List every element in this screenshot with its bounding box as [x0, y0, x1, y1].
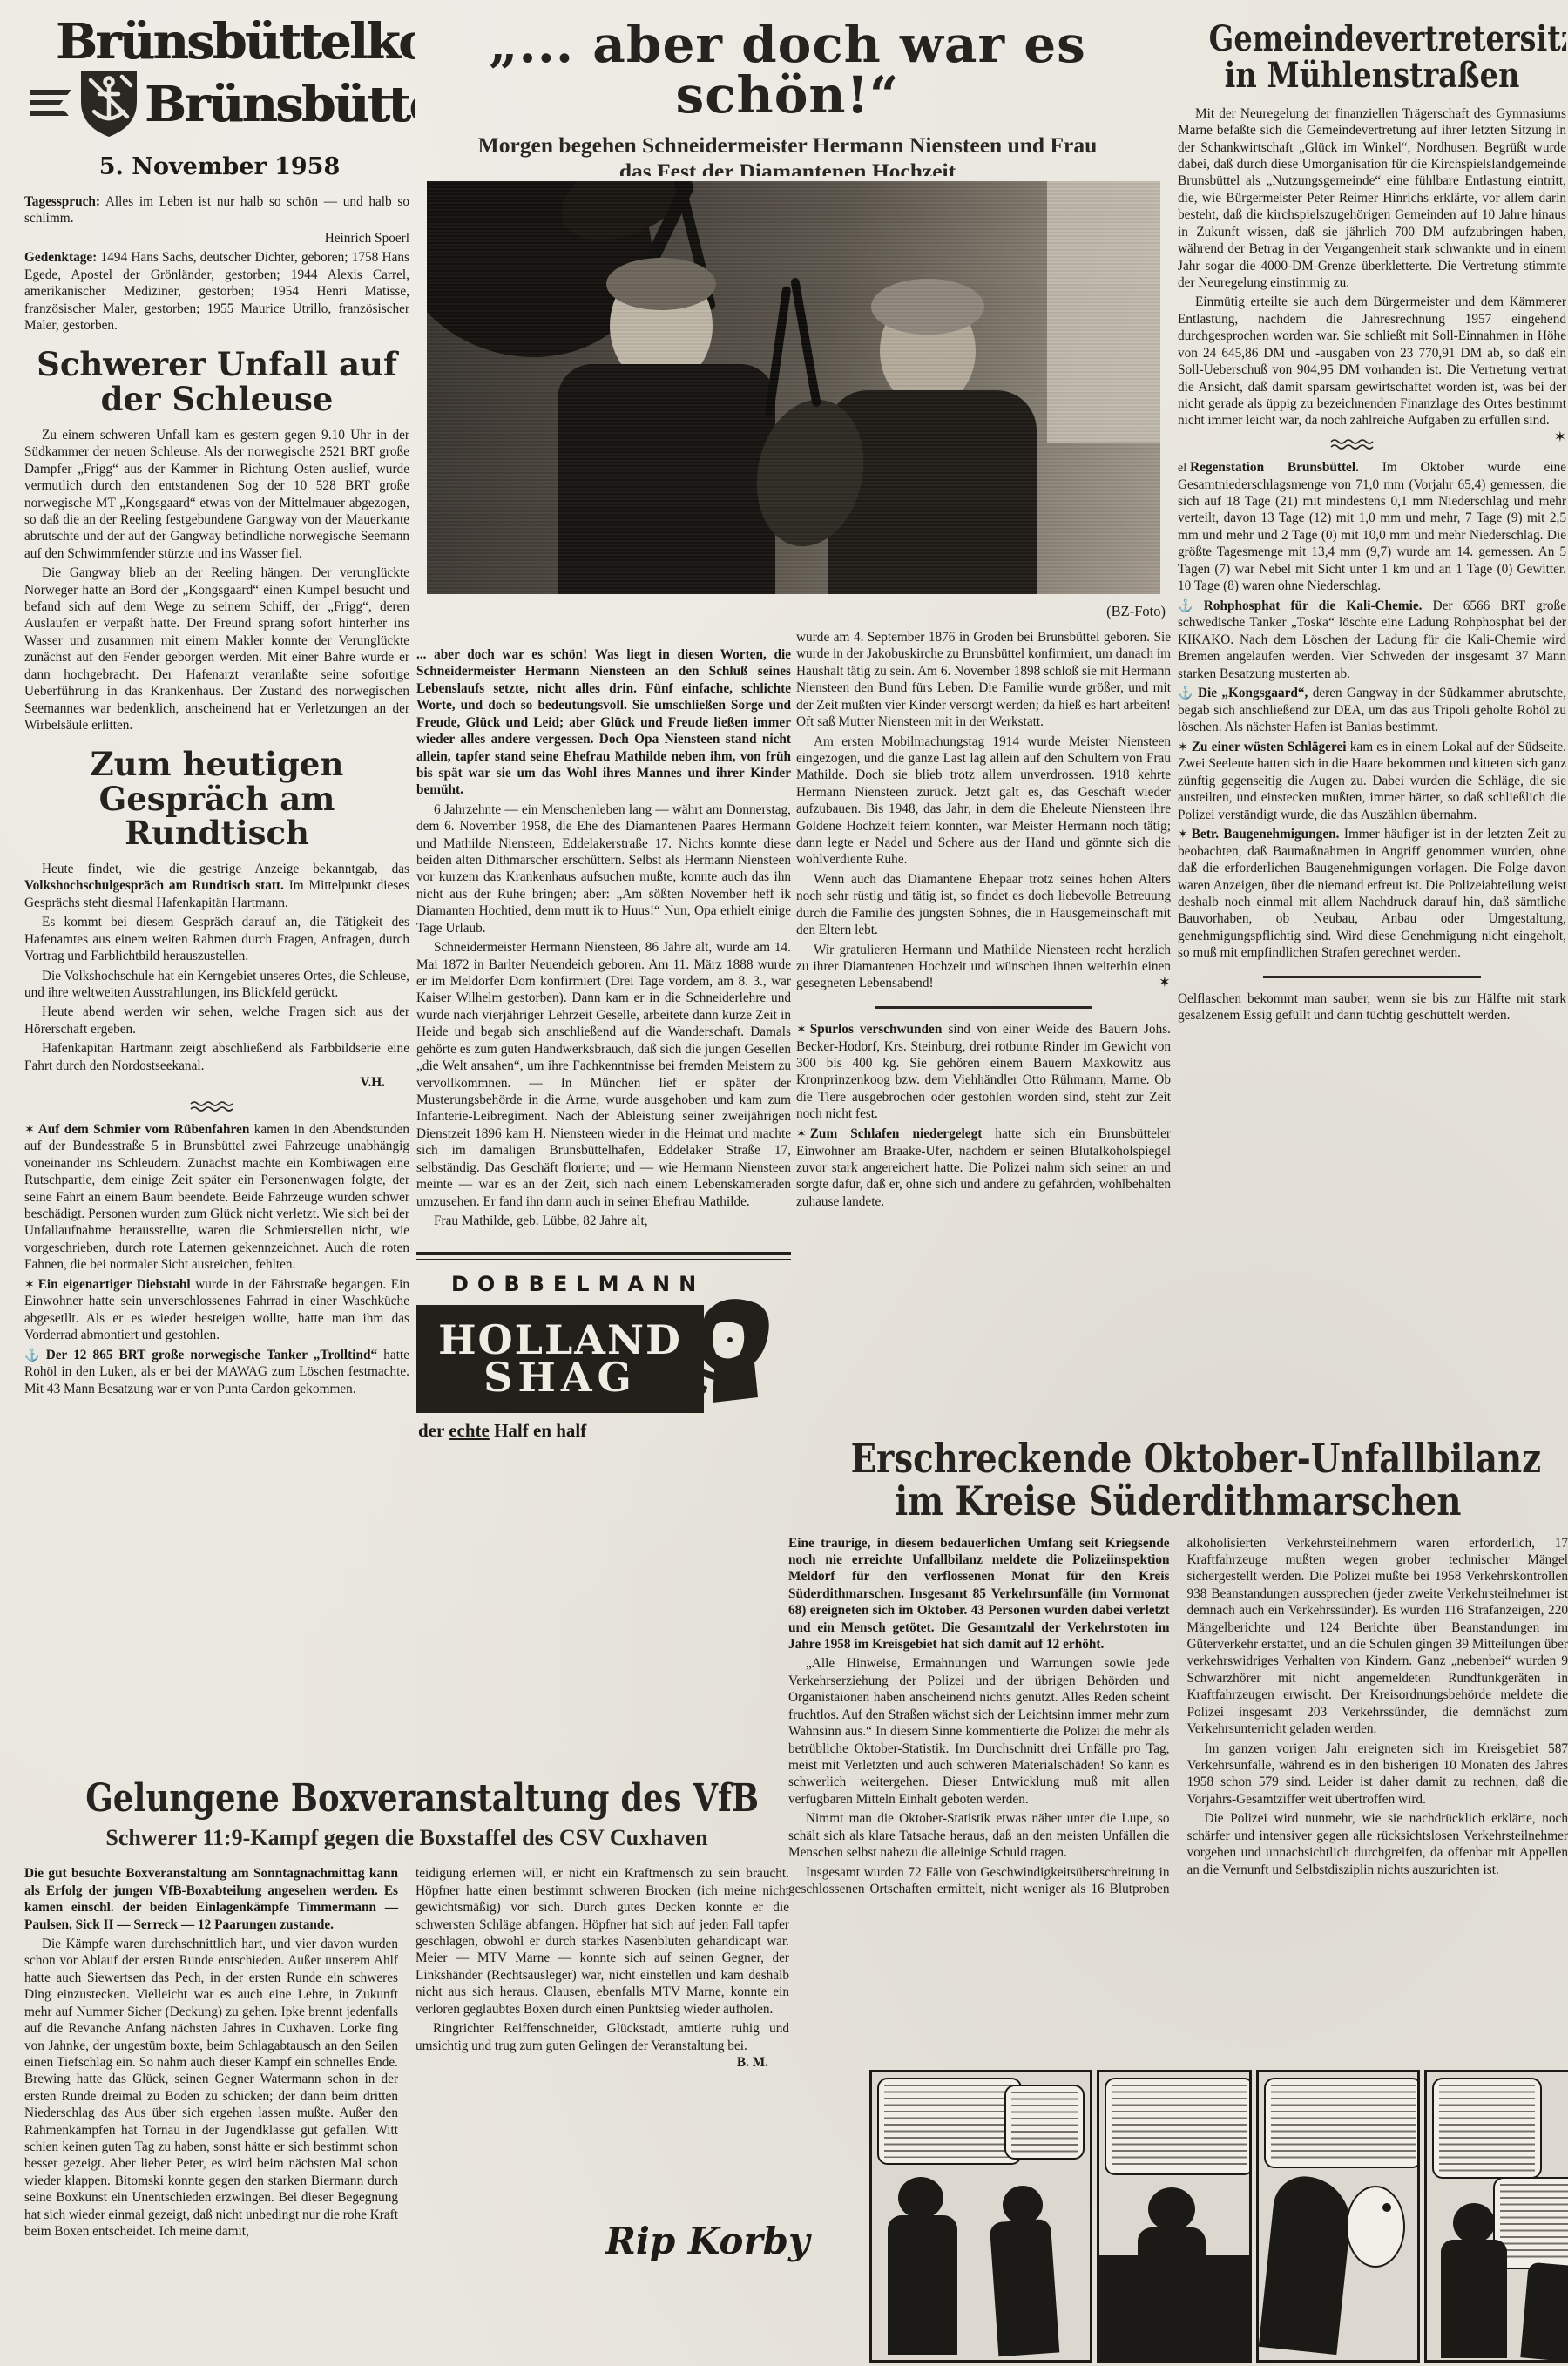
article-paragraph: Die Gangway blieb an der Reeling hängen.…	[24, 564, 409, 733]
article-paragraph: ... aber doch war es schön! Was liegt in…	[416, 646, 791, 799]
article-paragraph: Eine traurige, in diesem bedauerlichen U…	[788, 1535, 1170, 1653]
star-icon: ✶	[796, 1128, 810, 1141]
star-icon: ✶	[1178, 828, 1192, 842]
wedding-couple-photo	[427, 181, 1160, 594]
end-star-icon: ✶	[1141, 975, 1171, 990]
author-initials: V.H.	[24, 1074, 409, 1091]
article-paragraph: Nimmt man die Oktober-Statistik etwas nä…	[788, 1810, 1170, 1861]
article-paragraph: Wenn auch das Diamantene Ehepaar trotz s…	[796, 871, 1171, 939]
section-divider	[1263, 976, 1481, 978]
column-4: Gemeindevertretersitzung in Mühlenstraße…	[1178, 21, 1566, 1516]
article-paragraph: Die Polizei wird nunmehr, wie sie nachdr…	[1187, 1810, 1568, 1878]
article-paragraph: Am ersten Mobilmachungstag 1914 wurde Me…	[796, 733, 1171, 869]
tobacco-advertisement[interactable]: DOBBELMANN HOLLAND SHAG der echte Half e…	[416, 1252, 791, 1457]
column-3: (BZ-Foto) wurde am 4. September 1876 in …	[796, 601, 1171, 1430]
headline-boxveranstaltung: Gelungene Boxveranstaltung des VfB	[24, 1779, 789, 1820]
anchor-crest-icon	[77, 68, 141, 141]
newspaper-page: Brünsbüttelkoog Brünsbüttel 5. November …	[0, 0, 1568, 2366]
box-col-left: Die gut besuchte Boxveranstaltung am Son…	[24, 1865, 398, 2242]
end-star-icon: ✶	[1537, 429, 1566, 444]
article-paragraph: Im ganzen vorigen Jahr ereigneten sich i…	[1187, 1741, 1568, 1808]
article-paragraph: Heute findet, wie die gestrige Anzeige b…	[24, 861, 409, 911]
article-paragraph: Mit der Neuregelung der finanziellen Trä…	[1178, 105, 1566, 292]
photo-caption: (BZ-Foto)	[796, 603, 1166, 620]
article-paragraph: teidigung erlernen will, er nicht ein Kr…	[416, 1865, 789, 2018]
correspondent-mark: el	[1178, 462, 1190, 475]
author-initials: B. M.	[720, 2054, 789, 2071]
article-paragraph: Frau Mathilde, geb. Lübbe, 82 Jahre alt,	[416, 1213, 791, 1229]
news-brief: ✶Spurlos verschwunden sind von einer Wei…	[796, 1021, 1171, 1123]
article-paragraph: Zu einem schweren Unfall kam es gestern …	[24, 427, 409, 562]
column-2: ... aber doch war es schön! Was liegt in…	[416, 646, 791, 1631]
column-1: Tagesspruch: Alles im Leben ist nur halb…	[24, 193, 409, 1761]
headline-unfallbilanz: Erschreckende Oktober-Unfallbilanz im Kr…	[788, 1437, 1568, 1523]
news-brief: ⚓Rohphosphat für die Kali-Chemie. Der 65…	[1178, 598, 1566, 682]
article-paragraph: Schneidermeister Hermann Niensteen, 86 J…	[416, 939, 791, 1210]
article-paragraph: „Alle Hinweise, Ermahnungen und Warnunge…	[788, 1655, 1170, 1808]
ad-product-name: HOLLAND SHAG	[416, 1305, 704, 1413]
headline-rundtisch: Zum heutigen Gespräch am Rundtisch	[24, 747, 409, 850]
article-paragraph: Die Volkshochschule hat ein Kerngebiet u…	[24, 968, 409, 1002]
ad-tagline: der echte Half en half	[418, 1420, 586, 1442]
headline-gemeindevertretersitzung: Gemeindevertretersitzung in Mühlenstraße…	[1178, 21, 1566, 95]
section-divider	[875, 1006, 1092, 1009]
article-paragraph: alkoholisierten Verkehrsteilnehmern ware…	[1187, 1535, 1568, 1738]
news-brief: elRegenstation Brunsbüttel. Im Oktober w…	[1178, 459, 1566, 595]
box-subhead: Schwerer 11:9-Kampf gegen die Boxstaffel…	[24, 1825, 789, 1852]
article-paragraph: Ringrichter Reiffenschneider, Glückstadt…	[416, 2020, 789, 2054]
unfallbilanz-col-left: Eine traurige, in diesem bedauerlichen U…	[788, 1535, 1170, 1900]
tagesspruch: Tagesspruch: Alles im Leben ist nur halb…	[24, 193, 409, 227]
unfallbilanz-col-right: alkoholisierten Verkehrsteilnehmern ware…	[1187, 1535, 1568, 1900]
comic-panel	[869, 2070, 1092, 2363]
anchor-icon: ⚓	[1178, 600, 1204, 613]
star-icon: ✶	[1178, 741, 1192, 754]
masthead-title-line2: Brünsbüttel	[145, 80, 415, 129]
news-brief: ✶Ein eigenartiger Diebstahl wurde in der…	[24, 1276, 409, 1344]
article-paragraph: Die gut besuchte Boxveranstaltung am Son…	[24, 1865, 398, 1933]
news-brief: ✶Zu einer wüsten Schlägerei kam es in ei…	[1178, 739, 1566, 823]
star-icon: ✶	[24, 1279, 38, 1292]
masthead-title-line1: Brünsbüttelkoog	[24, 17, 415, 66]
article-paragraph: wurde am 4. September 1876 in Groden bei…	[796, 629, 1171, 731]
headline-schleusen-unfall: Schwerer Unfall auf der Schleuse	[24, 348, 409, 416]
article-paragraph: 6 Jahrzehnte — ein Menschenleben lang — …	[416, 801, 791, 936]
lead-headline: „... aber doch war es schön!“	[408, 19, 1167, 120]
article-paragraph: Insgesamt wurden 72 Fälle von Geschwindi…	[788, 1864, 1170, 1899]
box-col-right: teidigung erlernen will, er nicht ein Kr…	[416, 1865, 789, 2242]
tagesspruch-label: Tagesspruch:	[24, 194, 100, 209]
star-icon: ✶	[796, 1024, 810, 1037]
squiggle-divider	[189, 1100, 245, 1112]
comic-panel	[1256, 2070, 1420, 2363]
lead-subhead-line2: das Fest der Diamantenen Hochzeit	[408, 159, 1167, 176]
issue-date: 5. November 1958	[24, 153, 415, 180]
anchor-icon: ⚓	[24, 1349, 46, 1362]
tagesspruch-author: Heinrich Spoerl	[24, 230, 409, 247]
pipe-smoker-icon	[679, 1289, 784, 1420]
comic-strip	[869, 2070, 1568, 2363]
lead-subhead-line1: Morgen begehen Schneidermeister Hermann …	[408, 132, 1167, 159]
news-brief: ⚓Der 12 865 BRT große norwegische Tanker…	[24, 1347, 409, 1398]
masthead-flourish-left-icon	[30, 90, 71, 119]
article-paragraph: Es kommt bei diesem Gespräch darauf an, …	[24, 914, 409, 964]
news-brief: ✶Betr. Baugenehmigungen. Immer häufiger …	[1178, 826, 1566, 962]
news-brief: ✶Zum Schlafen niedergelegt hatte sich ei…	[796, 1126, 1171, 1210]
comic-panel	[1097, 2070, 1252, 2363]
comic-panel	[1424, 2070, 1568, 2363]
comic-title: Rip Korby	[605, 2220, 849, 2281]
news-brief: ✶Auf dem Schmier vom Rübenfahren kamen i…	[24, 1121, 409, 1274]
masthead: Brünsbüttelkoog Brünsbüttel 5. November …	[24, 17, 415, 199]
article-paragraph: Heute abend werden wir sehen, welche Fra…	[24, 1004, 409, 1038]
article-paragraph: Wir gratulieren Hermann und Mathilde Nie…	[796, 942, 1171, 992]
gedenktage: Gedenktage: 1494 Hans Sachs, deutscher D…	[24, 249, 409, 334]
article-paragraph: Die Kämpfe waren durchschnittlich hart, …	[24, 1936, 398, 2241]
gedenktage-label: Gedenktage:	[24, 250, 97, 265]
household-tip: Oelflaschen bekommt man sauber, wenn sie…	[1178, 990, 1566, 1024]
star-icon: ✶	[24, 1124, 38, 1137]
unfallbilanz-section: Erschreckende Oktober-Unfallbilanz im Kr…	[788, 1437, 1568, 1899]
anchor-icon: ⚓	[1178, 687, 1198, 700]
squiggle-divider	[1329, 438, 1385, 450]
article-paragraph: Einmütig erteilte sie auch dem Bürgermei…	[1178, 294, 1566, 429]
article-paragraph: Hafenkapitän Hartmann zeigt abschließend…	[24, 1040, 409, 1091]
lead-headline-block: „... aber doch war es schön!“ Morgen beg…	[408, 19, 1167, 176]
news-brief: ⚓Die „Kongsgaard“, deren Gangway in der …	[1178, 685, 1566, 736]
